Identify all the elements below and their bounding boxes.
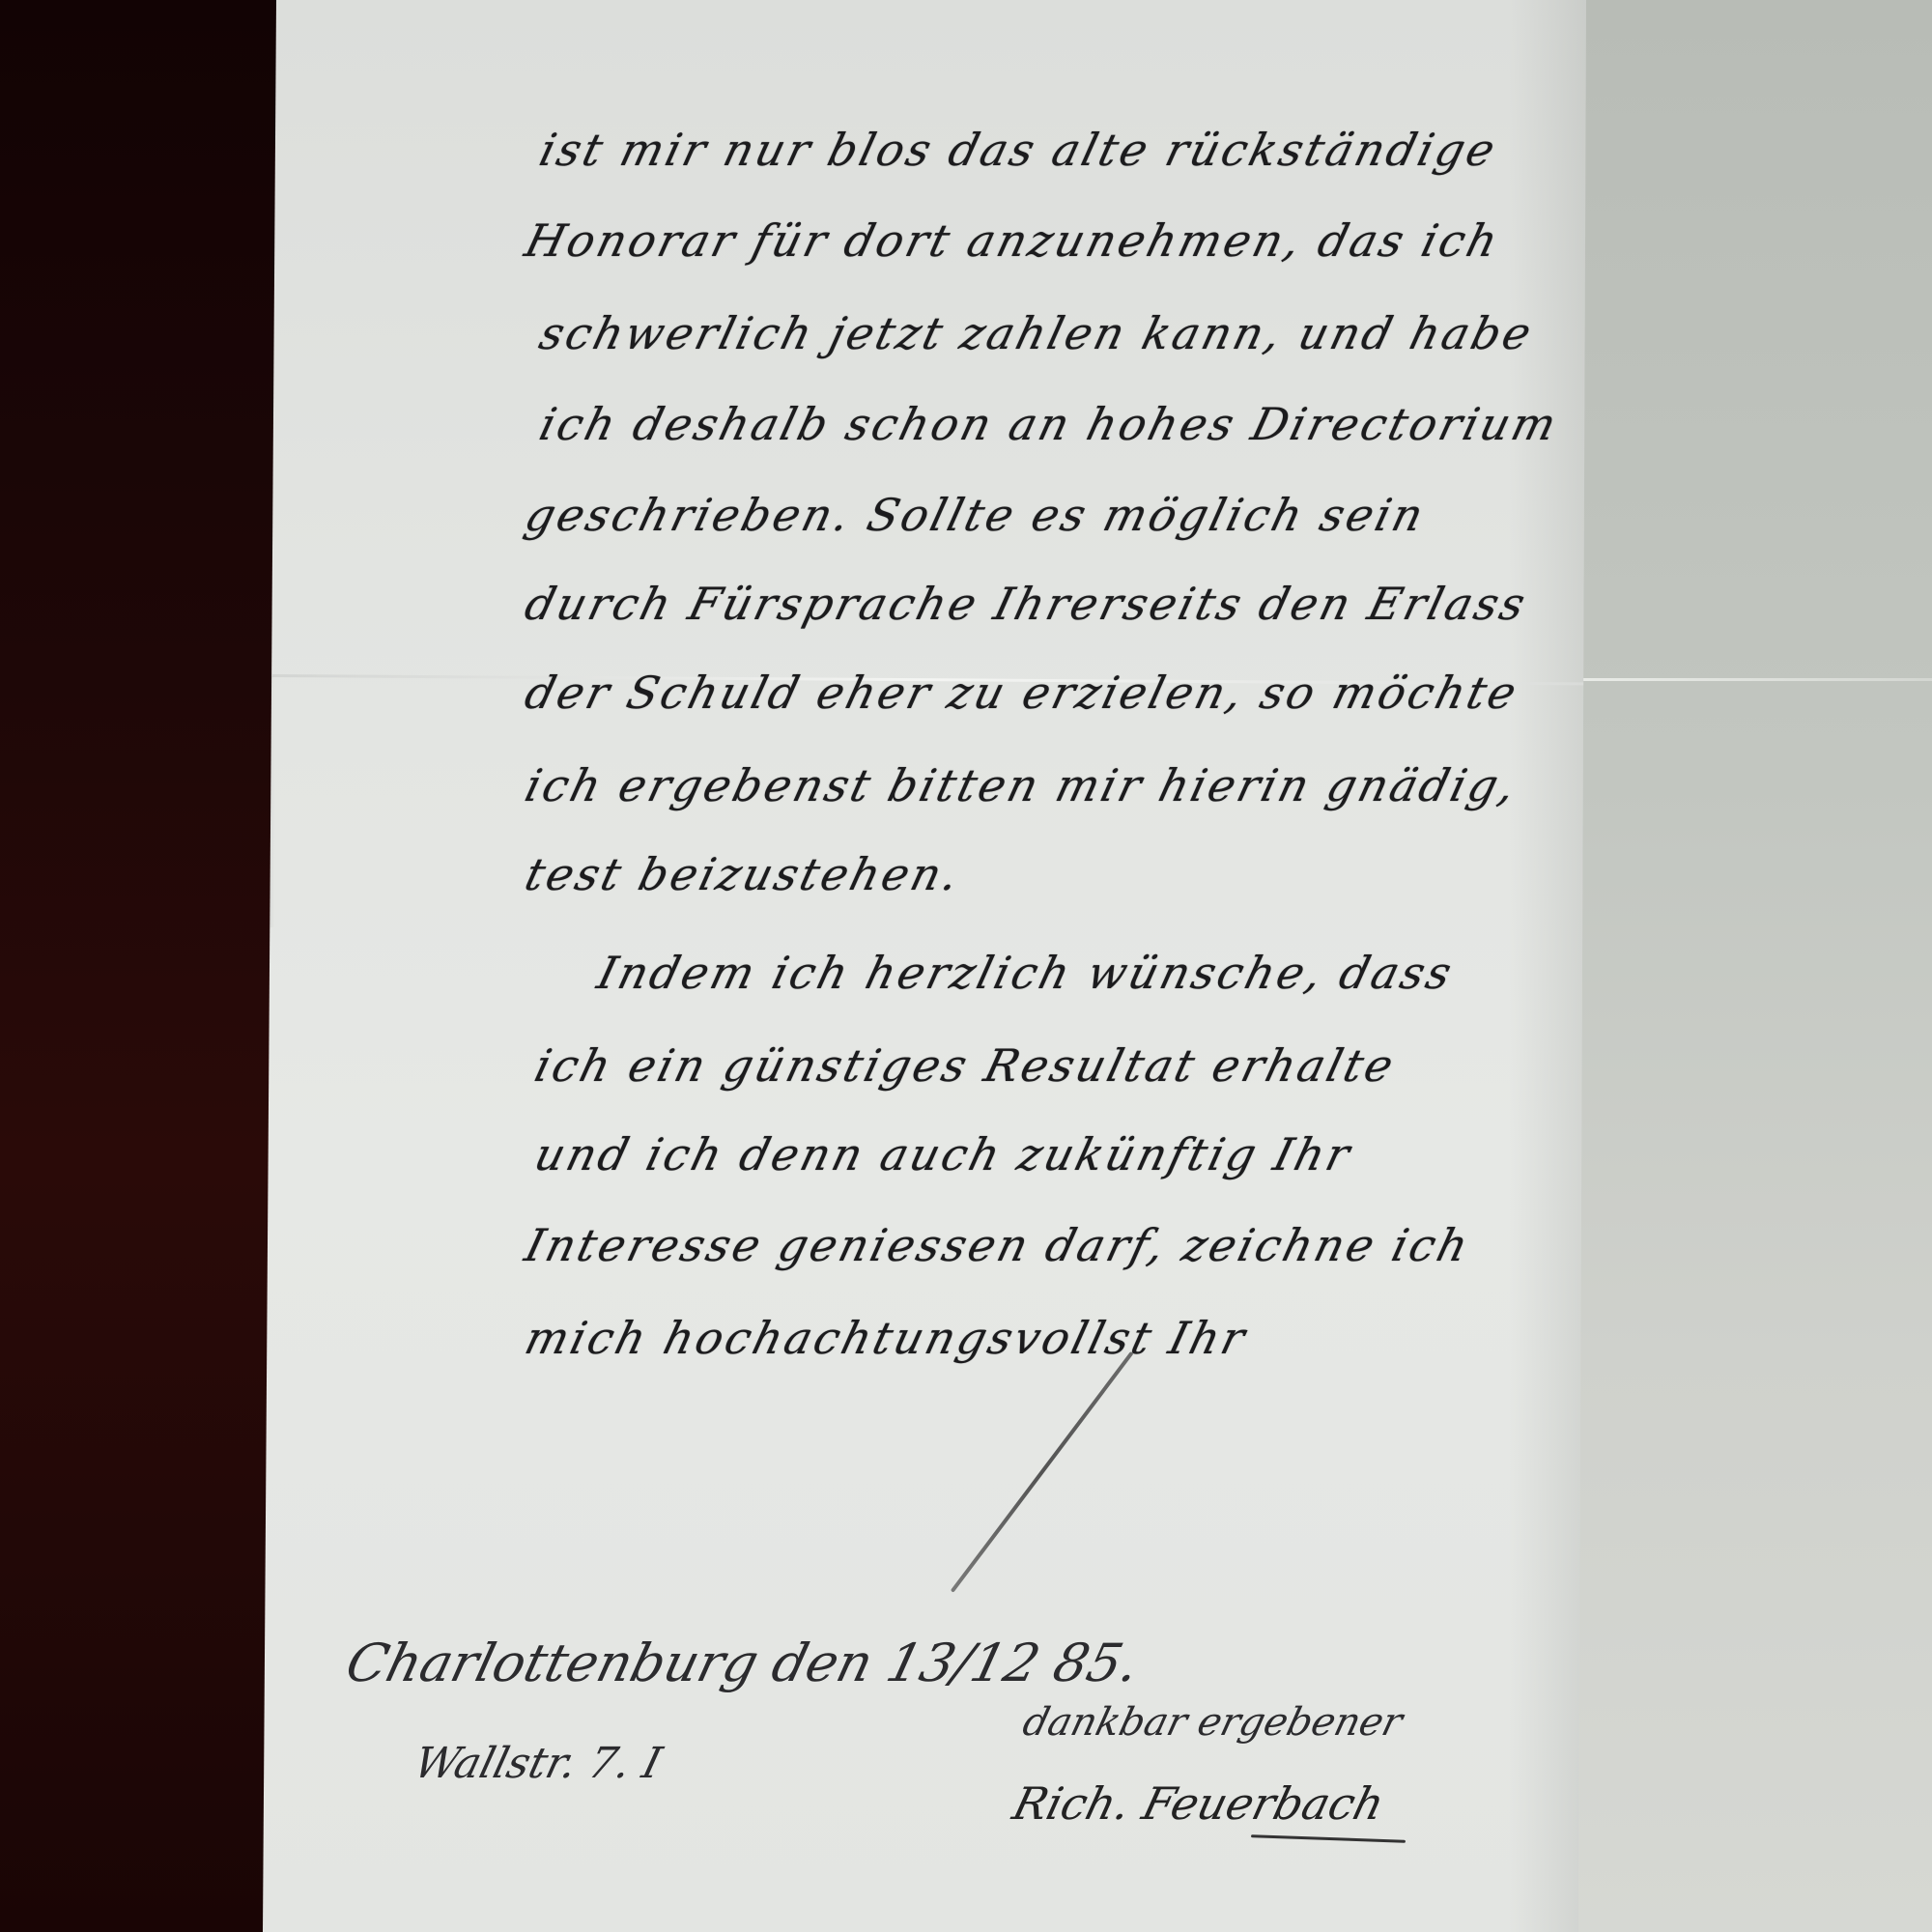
letter-line-1: ist mir nur blos das alte rückständige [534, 124, 1503, 176]
letter-line-5: geschrieben. Sollte es möglich sein [520, 489, 1431, 541]
sender-address: Wallstr. 7. I [410, 1739, 667, 1788]
letter-para2-line-5: mich hochachtungsvollst Ihr [520, 1312, 1253, 1364]
sheet-edge-shade [1509, 0, 1586, 1932]
letter-para2-line-2: ich ein günstiges Resultat erhalte [529, 1039, 1401, 1092]
letter-line-6: durch Fürsprache Ihrerseits den Erlass [520, 578, 1533, 630]
letter-para2-line-1: Indem ich herzlich wünsche, dass [592, 947, 1460, 999]
place-date: Charlottenburg den 13/12 85. [340, 1633, 1146, 1693]
letter-para2-line-3: und ich denn auch zukünftig Ihr [529, 1128, 1357, 1180]
letter-line-7: der Schuld eher zu erzielen, so möchte [520, 667, 1524, 719]
signature: Rich. Feuerbach [1008, 1777, 1389, 1830]
letter-line-3: schwerlich jetzt zahlen kann, und habe [534, 307, 1539, 359]
right-panel-fold-crease [1546, 678, 1932, 681]
letter-line-2: Honorar für dort anzunehmen, das ich [520, 214, 1505, 267]
letter-para2-line-4: Interesse geniessen darf, zeichne ich [520, 1219, 1476, 1271]
dark-wood-background [0, 0, 290, 1932]
letter-line-8: ich ergebenst bitten mir hierin gnädig, [520, 759, 1523, 811]
letter-line-4: ich deshalb schon an hohes Directorium [534, 398, 1564, 450]
letter-line-9: test beizustehen. [520, 848, 967, 900]
folded-paper-right-panel [1546, 0, 1932, 1932]
closing-phrase: dankbar ergebener [1018, 1700, 1406, 1745]
